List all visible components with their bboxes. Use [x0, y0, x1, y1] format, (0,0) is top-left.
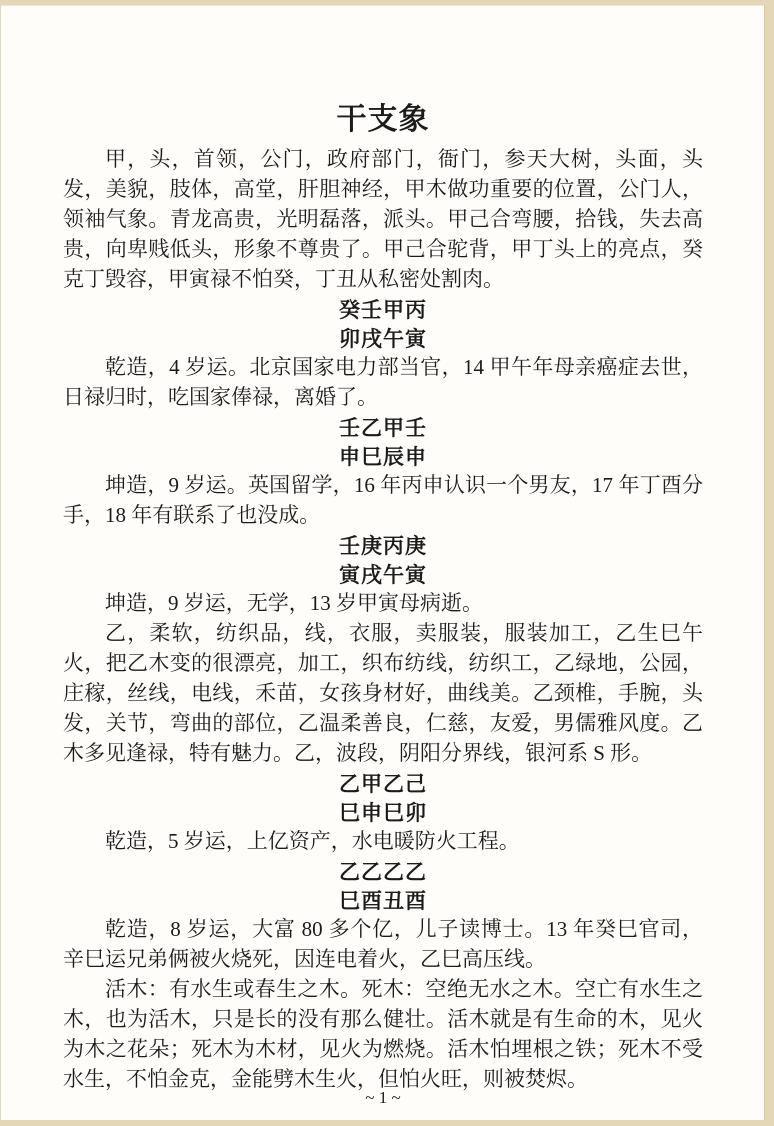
paragraph: 乾造，4 岁运。北京国家电力部当官，14 甲午年母亲癌症去世，日禄归时，吃国家俸… [63, 352, 703, 412]
pillar-heading-branches: 巳申巳卯 [63, 802, 703, 826]
pillar-heading-stems: 壬庚丙庚 [63, 535, 703, 559]
paragraph: 坤造，9 岁运，无学，13 岁甲寅母病逝。 [63, 588, 703, 618]
pillar-heading-stems: 癸壬甲丙 [63, 299, 703, 323]
paragraph: 乾造，5 岁运，上亿资产，水电暖防火工程。 [63, 826, 703, 856]
paragraph: 活木：有水生或春生之木。死木：空绝无水之木。空亡有水生之木，也为活木，只是长的没… [63, 974, 703, 1094]
paragraph: 甲，头，首领，公门，政府部门，衙门，参天大树，头面，头发，美貌，肢体，高堂，肝胆… [63, 144, 703, 294]
paragraph: 坤造，9 岁运。英国留学，16 年丙申认识一个男友，17 年丁酉分手，18 年有… [63, 470, 703, 530]
pillar-heading-branches: 卯戌午寅 [63, 328, 703, 352]
page-paper: 干支象 甲，头，首领，公门，政府部门，衙门，参天大树，头面，头发，美貌，肢体，高… [1, 5, 765, 1120]
paragraph: 乾造，8 岁运，大富 80 多个亿，儿子读博士。13 年癸巳官司，辛巳运兄弟俩被… [63, 914, 703, 974]
pillar-heading-stems: 壬乙甲壬 [63, 417, 703, 441]
paragraph: 乙，柔软，纺织品，线，衣服，卖服装，服装加工，乙生巳午火，把乙木变的很漂亮，加工… [63, 618, 703, 768]
page-title: 干支象 [63, 101, 703, 139]
pillar-heading-branches: 申巳辰申 [63, 446, 703, 470]
pillar-heading-branches: 寅戌午寅 [63, 564, 703, 588]
pillar-heading-stems: 乙乙乙乙 [63, 861, 703, 885]
scanned-book-page: 古籍书阁：gujishuge.com 微信：yishanguji 干支象 甲，头… [0, 0, 774, 1126]
page-number: ~ 1 ~ [1, 1088, 765, 1108]
pillar-heading-stems: 乙甲乙己 [63, 773, 703, 797]
pillar-heading-branches: 巳酉丑酉 [63, 890, 703, 914]
page-content: 干支象 甲，头，首领，公门，政府部门，衙门，参天大树，头面，头发，美貌，肢体，高… [63, 101, 703, 1094]
